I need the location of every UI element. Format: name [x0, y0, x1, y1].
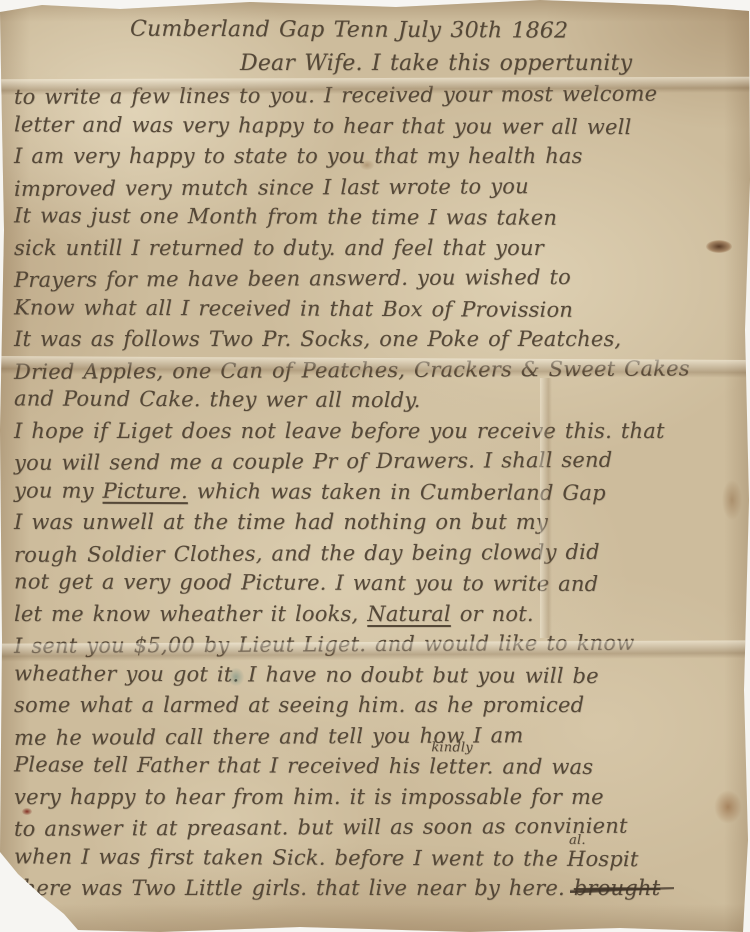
letter-line: to answer it at preasant. but will as so… — [14, 810, 744, 844]
letter-line: I hope if Liget does not leave before yo… — [14, 416, 744, 447]
inserted-word: al. — [569, 833, 586, 846]
letter-line: rough Soldier Clothes, and the day being… — [14, 536, 744, 570]
letter-line-hospital: when I was first taken Sick. before I we… — [14, 841, 744, 875]
letter-line: I was unwell at the time had nothing on … — [14, 507, 744, 538]
letter-line: some what a larmed at seeing him. as he … — [14, 690, 744, 721]
letter-line: sick untill I returned to duty. and feel… — [14, 233, 744, 264]
letter-line: and Pound Cake. they wer all moldy. — [14, 383, 744, 417]
letter-line: me he would call there and tell you how … — [14, 719, 744, 753]
paper-stain — [28, 918, 40, 928]
letter-line: Dried Apples, one Can of Peatches, Crack… — [14, 353, 744, 387]
letter-line-natural: let me know wheather it looks, Natural o… — [14, 599, 744, 630]
insertion-anchor: al.Hospit — [567, 846, 639, 870]
letter-line: very happy to hear from him. it is impos… — [14, 782, 744, 813]
insertion-anchor: kindlyletter. — [429, 754, 493, 778]
letter-line: I am very happy to state to you that my … — [14, 141, 744, 172]
letter-line: you will send me a couple Pr of Drawers.… — [14, 444, 744, 478]
letter-line: wheather you got it. I have no doubt but… — [14, 658, 744, 692]
underlined-word: Picture. — [103, 478, 188, 502]
letter-dateline: Cumberland Gap Tenn July 30th 1862 — [130, 13, 744, 50]
letter-line-last: there was Two Little girls. that live ne… — [14, 873, 744, 904]
line-text: let me know wheather it looks, — [14, 602, 367, 626]
underlined-word: Natural — [367, 602, 451, 626]
letter-line-picture: you my Picture. which was taken in Cumbe… — [14, 475, 744, 509]
line-text: or not. — [451, 602, 534, 626]
letter-line: letter and was very happy to hear that y… — [14, 109, 744, 143]
letter-line: I sent you $5,00 by Lieut Liget. and wou… — [14, 627, 744, 661]
line-text: and was — [493, 754, 593, 778]
letter-line: Know what all I received in that Box of … — [14, 292, 744, 326]
letter-line-father: Please tell Father that I received his k… — [14, 749, 744, 783]
letter-body: Cumberland Gap Tenn July 30th 1862 Dear … — [8, 14, 744, 904]
letter-paper: Cumberland Gap Tenn July 30th 1862 Dear … — [0, 0, 750, 932]
line-text: you my — [14, 478, 103, 502]
inserted-word: kindly — [431, 741, 472, 754]
line-text: Hospit — [567, 846, 639, 870]
line-text: when I was first taken Sick. before I we… — [14, 844, 567, 870]
letter-line: improved very mutch since I last wrote t… — [14, 170, 744, 204]
line-text: Please tell Father that I received his — [14, 752, 429, 778]
struck-out-word: brought — [574, 873, 660, 904]
letter-line: to write a few lines to you. I received … — [14, 78, 744, 112]
letter-salutation: Dear Wife. I take this oppertunity — [240, 48, 744, 80]
line-text: letter. — [429, 754, 493, 778]
letter-line: Prayers for me have been answerd. you wi… — [14, 261, 744, 295]
letter-line: It was as follows Two Pr. Socks, one Pok… — [14, 324, 744, 355]
letter-line: It was just one Month from the time I wa… — [14, 200, 744, 234]
line-text: which was taken in Cumberland Gap — [188, 479, 606, 505]
line-text: there was Two Little girls. that live ne… — [14, 876, 574, 900]
letter-line: not get a very good Picture. I want you … — [14, 566, 744, 600]
